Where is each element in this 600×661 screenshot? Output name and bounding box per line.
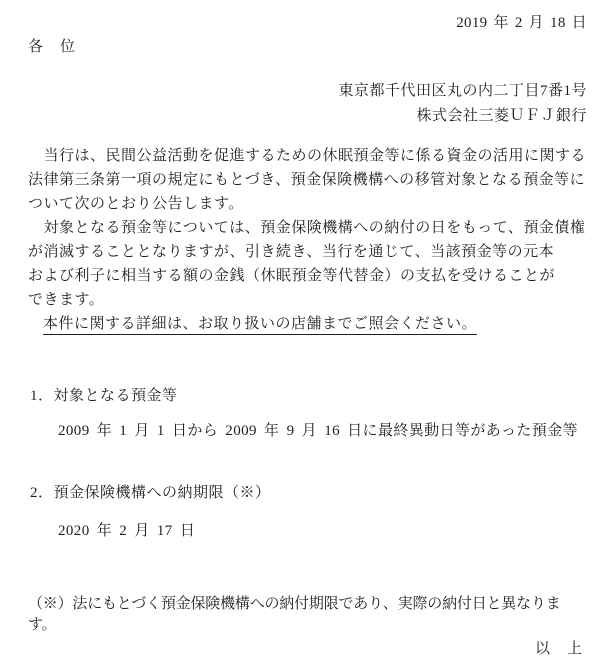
recipient-salutation: 各 位 [28, 35, 76, 56]
closing-statement: 以 上 [535, 637, 583, 658]
footnote: （※）法にもとづく預金保険機構への納付期限であり、実際の納付日と異なります。 [28, 592, 588, 634]
body-paragraphs: 当行は、民間公益活動を促進するための休眠預金等に係る資金の活用に関する 法律第三… [28, 144, 588, 312]
section-1-detail: 2009 年 1 月 1 日から 2009 年 9 月 16 日に最終異動日等が… [58, 419, 578, 440]
sender-company-name: 株式会社三菱ＵＦＪ銀行 [416, 104, 587, 125]
section-1-heading: 1．対象となる預金等 [30, 384, 178, 405]
notice-underlined-text: 本件に関する詳細は、お取り扱いの店舗までご照会ください。 [43, 316, 477, 335]
sender-address: 東京都千代田区丸の内二丁目7番1号 [338, 79, 587, 100]
issue-date: 2019 年 2 月 18 日 [456, 11, 587, 32]
section-2-detail: 2020 年 2 月 17 日 [58, 519, 195, 540]
public-notice-document: 2019 年 2 月 18 日 各 位 東京都千代田区丸の内二丁目7番1号 株式… [0, 0, 600, 661]
section-2-heading: 2．預金保険機構への納期限（※） [30, 481, 271, 502]
notice-line: 本件に関する詳細は、お取り扱いの店舗までご照会ください。 [28, 312, 477, 336]
